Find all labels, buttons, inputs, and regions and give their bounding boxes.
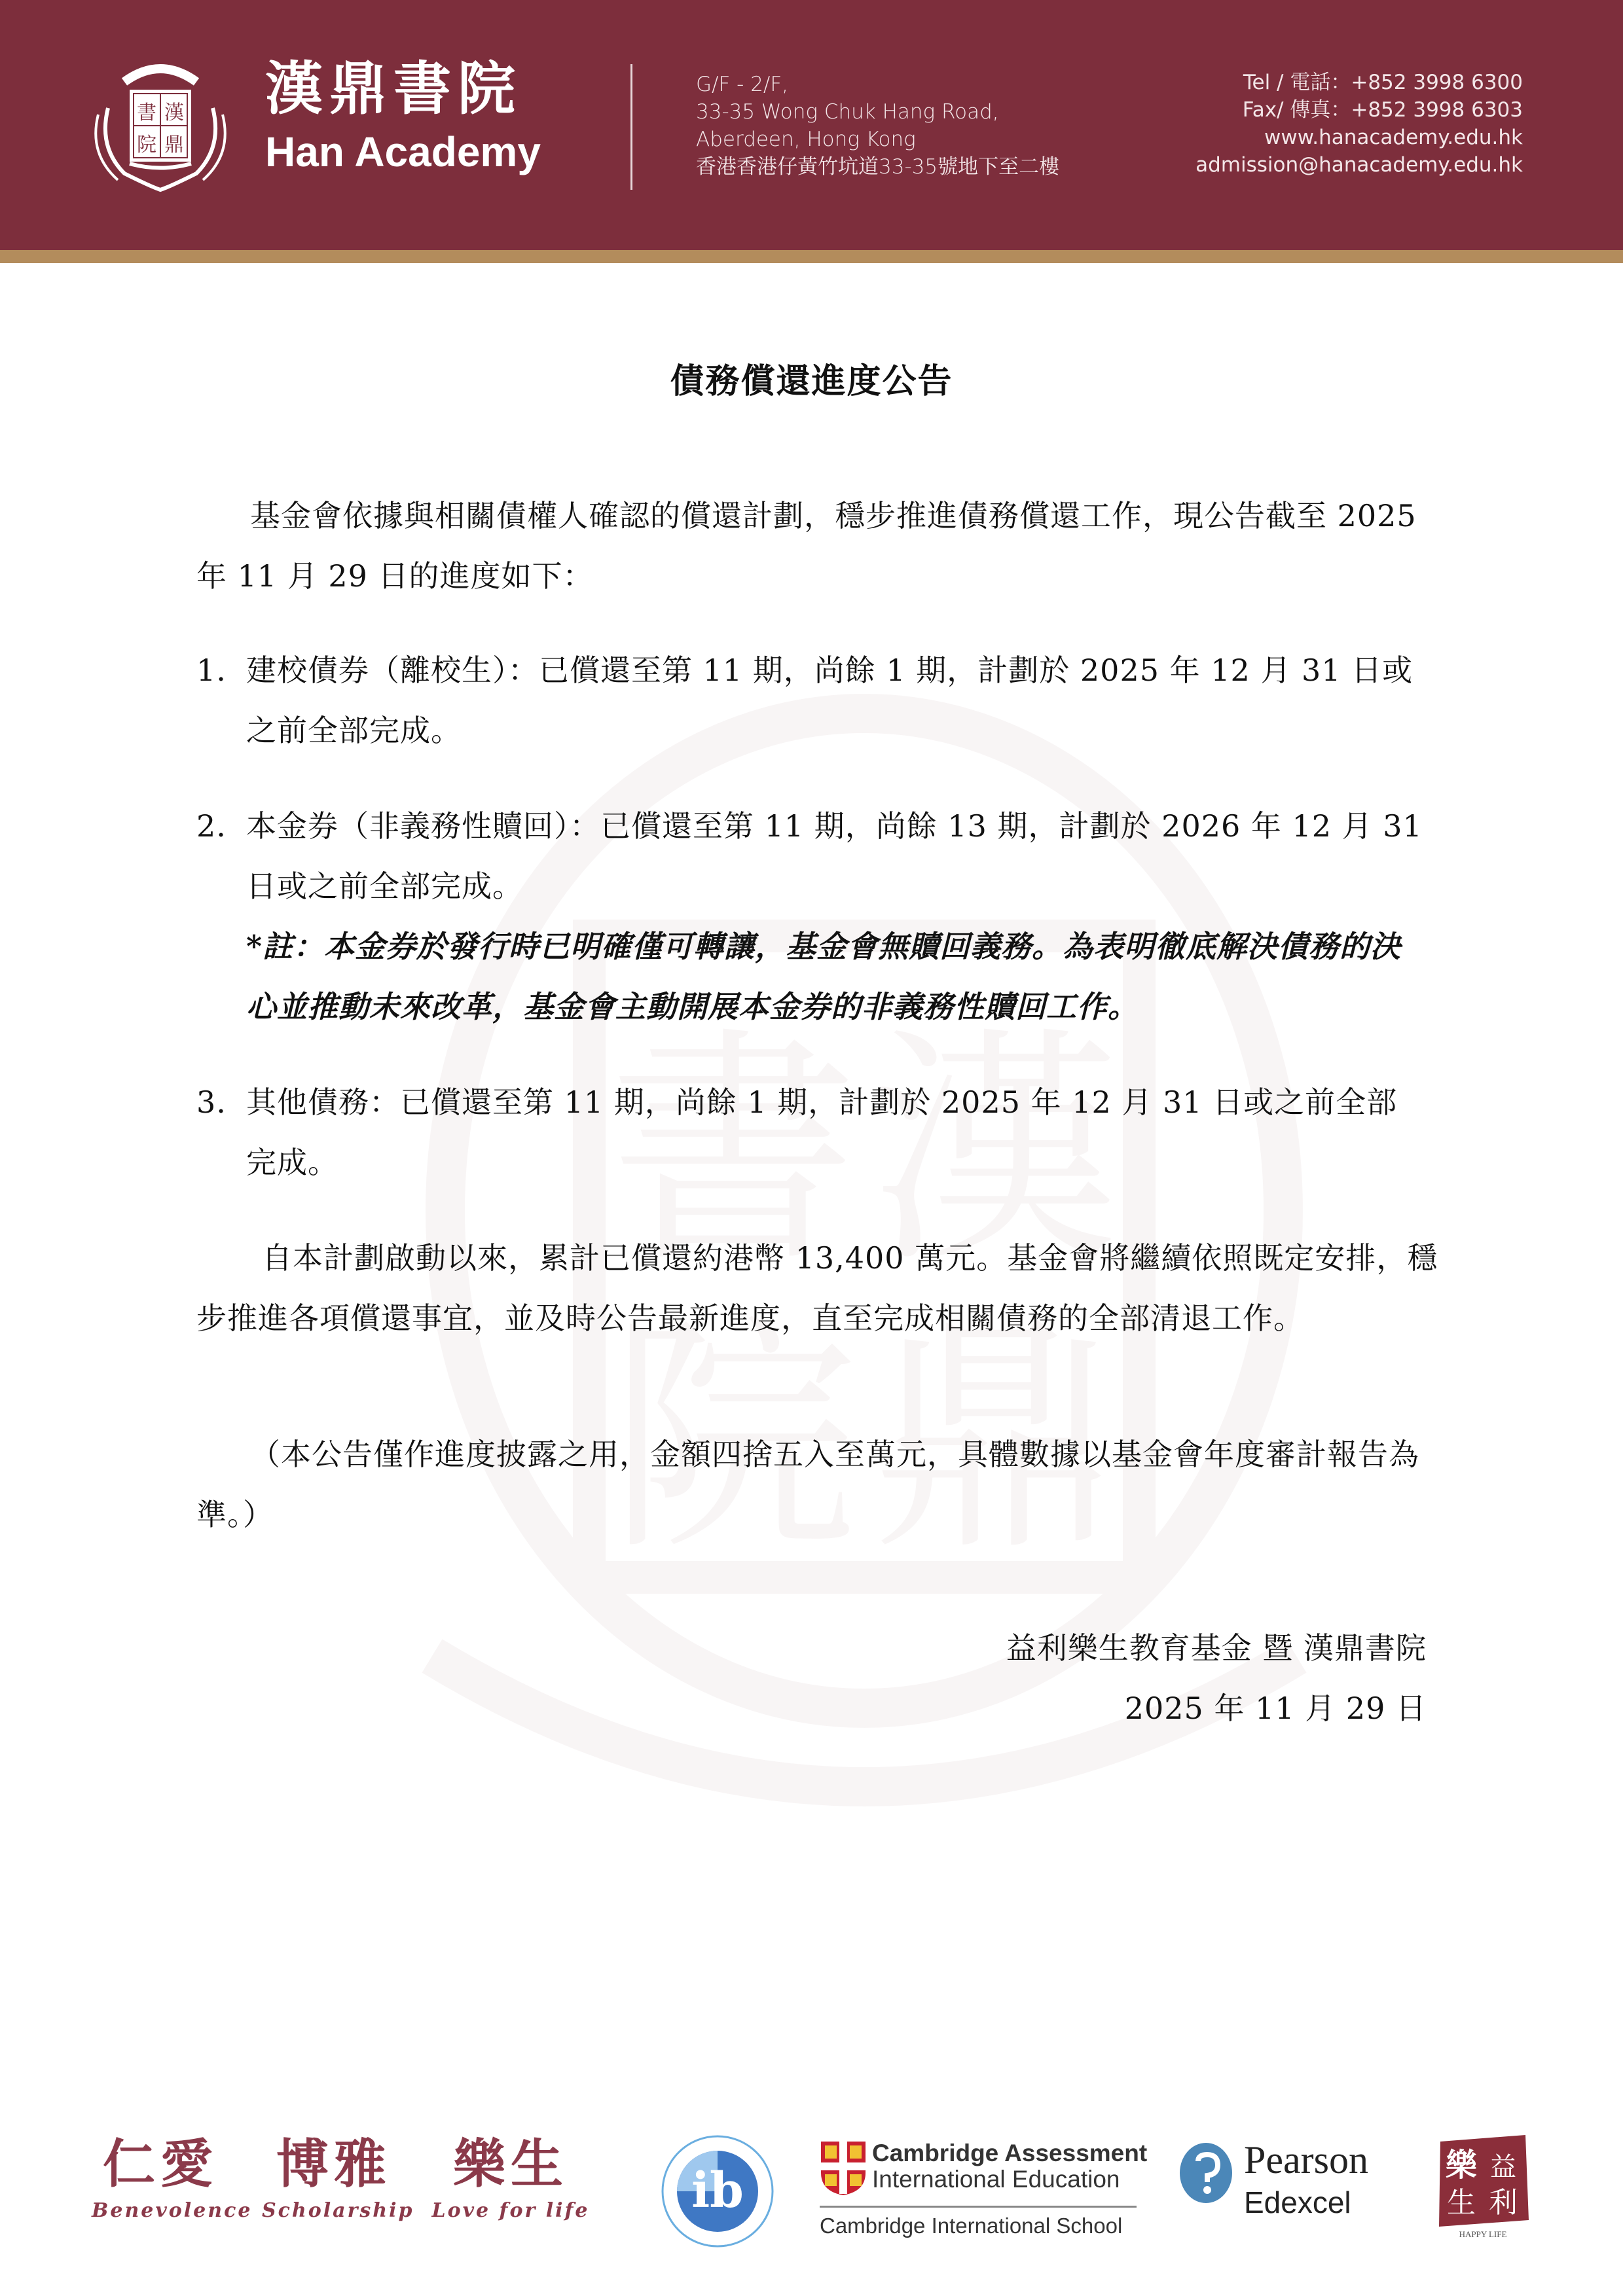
address-line: G/F - 2/F, [696, 71, 1059, 98]
svg-text:漢: 漢 [164, 101, 184, 124]
motto-benevolence: 仁愛 Benevolence [92, 2138, 229, 2222]
svg-text:書: 書 [137, 101, 156, 124]
ib-world-school-logo-icon: ib [660, 2134, 775, 2249]
motto-cn: 仁愛 [92, 2138, 229, 2190]
letterhead-header: 書 漢 院 鼎 漢鼎書院 Han Academy G/F - 2/F, 33-3… [0, 0, 1623, 250]
address-line-chinese: 香港香港仔黃竹坑道33-35號地下至二樓 [696, 153, 1059, 181]
header-divider [630, 64, 632, 190]
list-text: 建校債券（離校生）：已償還至第 11 期，尚餘 1 期，計劃於 2025 年 1… [246, 640, 1427, 761]
brand-name-chinese: 漢鼎書院 [265, 60, 522, 118]
signature-date: 2025 年 11 月 29 日 [1125, 1678, 1427, 1738]
summary-paragraph: 自本計劃啟動以來，累計已償還約港幣 13,400 萬元。基金會將繼續依照既定安排… [196, 1228, 1453, 1348]
svg-text:HAPPY LIFE: HAPPY LIFE [1459, 2229, 1507, 2239]
address-line: 33-35 Wong Chuk Hang Road, [696, 98, 1059, 126]
motto-en: Love for life [429, 2199, 593, 2222]
motto-cn: 博雅 [262, 2138, 406, 2190]
list-footnote: *註：本金券於發行時已明確僅可轉讓，基金會無贖回義務。為表明徹底解決債務的決心並… [246, 916, 1427, 1037]
brand-name-english: Han Academy [265, 131, 541, 173]
motto-en: Scholarship [262, 2199, 406, 2222]
pearson-logo-icon [1178, 2142, 1233, 2204]
svg-text:利: 利 [1489, 2186, 1518, 2219]
header-gold-band [0, 250, 1623, 263]
svg-text:ib: ib [691, 2162, 744, 2219]
address-line: Aberdeen, Hong Kong [696, 126, 1059, 153]
document-title: 債務償還進度公告 [0, 353, 1623, 403]
svg-text:益: 益 [1490, 2152, 1516, 2182]
cambridge-shield-icon [820, 2140, 867, 2197]
list-number: 1. [196, 640, 227, 700]
motto-scholarship: 博雅 Scholarship [262, 2138, 406, 2222]
contact-info: Tel / 電話：+852 3998 6300 Fax/ 傳真：+852 399… [1195, 69, 1523, 179]
svg-text:鼎: 鼎 [164, 134, 184, 156]
cambridge-divider [820, 2206, 1137, 2208]
list-item-3: 3. 其他債務：已償還至第 11 期，尚餘 1 期，計劃於 2025 年 12 … [196, 1072, 1427, 1193]
happy-life-seal-icon: 樂 益 生 利 HAPPY LIFE [1434, 2128, 1532, 2240]
list-text: 其他債務：已償還至第 11 期，尚餘 1 期，計劃於 2025 年 12 月 3… [246, 1072, 1427, 1193]
pearson-edexcel: Edexcel [1244, 2187, 1351, 2217]
telephone: Tel / 電話：+852 3998 6300 [1195, 69, 1523, 96]
list-number: 2. [196, 796, 227, 856]
list-item-1: 1. 建校債券（離校生）：已償還至第 11 期，尚餘 1 期，計劃於 2025 … [196, 640, 1427, 761]
accreditation-footer: 仁愛 Benevolence 博雅 Scholarship 樂生 Love fo… [0, 2114, 1623, 2245]
svg-text:生: 生 [1447, 2186, 1476, 2219]
intro-paragraph: 基金會依據與相關債權人確認的償還計劃，穩步推進債務償還工作，現公告截至 2025… [196, 486, 1427, 606]
pearson-name: Pearson [1244, 2140, 1368, 2179]
cambridge-subtitle: Cambridge International School [820, 2214, 1122, 2238]
website-link[interactable]: www.hanacademy.edu.hk [1195, 124, 1523, 151]
cambridge-title: Cambridge Assessment International Educa… [872, 2140, 1147, 2193]
motto-love-for-life: 樂生 Love for life [429, 2138, 593, 2222]
list-number: 3. [196, 1072, 227, 1132]
school-crest-icon: 書 漢 院 鼎 [85, 56, 236, 193]
list-item-2: 2. 本金券（非義務性贖回）：已償還至第 11 期，尚餘 13 期，計劃於 20… [196, 796, 1427, 1037]
svg-text:樂: 樂 [1446, 2147, 1478, 2183]
email-link[interactable]: admission@hanacademy.edu.hk [1195, 151, 1523, 179]
motto-en: Benevolence [92, 2199, 229, 2222]
signatory: 益利樂生教育基金 暨 漢鼎書院 [1006, 1618, 1427, 1678]
list-text: 本金券（非義務性贖回）：已償還至第 11 期，尚餘 13 期，計劃於 2026 … [246, 796, 1427, 916]
motto-cn: 樂生 [429, 2138, 593, 2190]
svg-text:院: 院 [137, 134, 156, 156]
fax: Fax/ 傳真：+852 3998 6303 [1195, 96, 1523, 124]
disclaimer-paragraph: （本公告僅作進度披露之用，金額四捨五入至萬元，具體數據以基金會年度審計報告為準。… [196, 1424, 1427, 1545]
school-address: G/F - 2/F, 33-35 Wong Chuk Hang Road, Ab… [696, 71, 1059, 181]
